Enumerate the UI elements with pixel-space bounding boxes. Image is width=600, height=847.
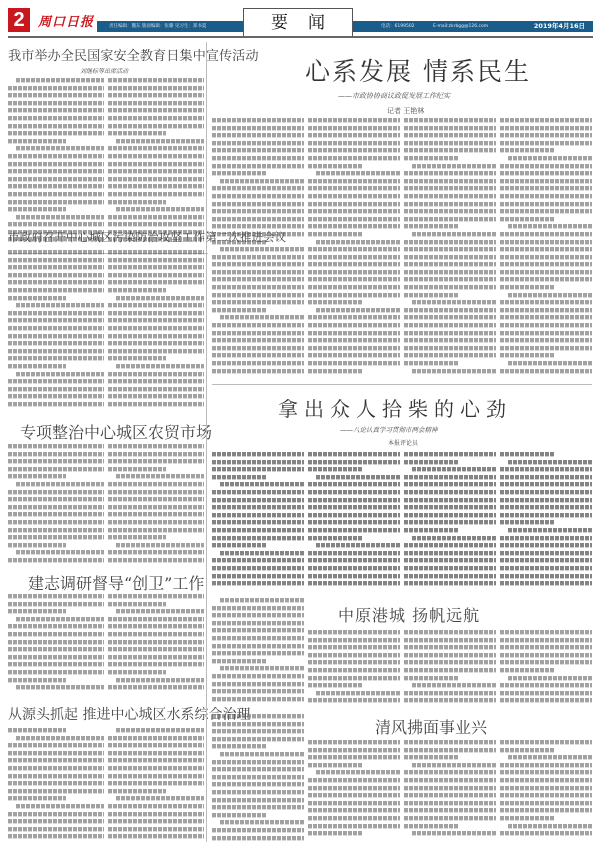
text-line [500,262,592,266]
page-number: 2 [8,8,30,32]
text-line [308,638,400,642]
text-line [500,285,555,289]
text-line [108,131,166,135]
text-line [108,482,204,486]
text-line [308,209,400,213]
text-line [212,498,304,502]
text-line [404,118,496,122]
text-line [404,323,496,327]
text-line [308,668,400,672]
text-line [500,558,592,562]
text-line [308,293,400,297]
body-column [212,118,304,380]
text-line [8,364,66,368]
text-line [212,659,267,663]
text-line [108,804,204,808]
text-line [500,566,592,570]
text-line [212,171,267,175]
text-line [404,240,496,244]
text-line [212,636,304,640]
text-line [308,824,400,828]
text-line [212,323,304,327]
text-line [108,124,204,128]
text-line [212,729,304,733]
text-line [108,192,204,196]
text-line [308,232,363,236]
text-line [8,512,104,516]
text-line [16,736,104,740]
text-line [212,606,304,610]
text-line [500,118,592,122]
text-line [500,505,592,509]
text-line [212,240,267,244]
text-line [8,200,104,204]
text-line [16,550,104,554]
text-line [404,543,496,547]
text-line [116,364,204,368]
text-line [8,318,104,322]
text-line [308,630,400,634]
text-line [500,202,592,206]
text-line [108,497,204,501]
text-line [108,280,204,284]
text-line [212,536,304,540]
text-line [108,101,204,105]
subhead: 刘继标等出席活动 [80,66,128,75]
text-line [108,258,204,262]
text-line [8,609,66,613]
text-line [308,353,400,357]
text-line [500,148,555,152]
text-line [8,602,104,606]
text-line [500,763,592,767]
text-line [8,728,66,732]
text-line [404,490,496,494]
text-line [116,609,204,613]
text-line [404,824,459,828]
body-column [404,452,496,592]
text-line [212,209,304,213]
text-line [404,653,496,657]
text-line [308,482,400,486]
text-line [404,179,496,183]
text-line [108,558,204,562]
text-line [108,594,204,598]
text-line [412,300,496,304]
text-line [212,621,304,625]
text-line [108,349,204,353]
text-line [308,300,363,304]
text-line [212,697,304,701]
text-line [108,250,204,254]
subhead: ——市政协协商议政促发展工作纪实 [338,91,450,101]
text-line [404,346,496,350]
text-line [212,828,304,832]
text-line [8,258,104,262]
body-column [500,452,592,592]
text-line [308,581,400,585]
text-line [308,315,400,319]
text-line [404,224,459,228]
text-line [8,154,104,158]
text-line [108,169,204,173]
text-line [308,133,400,137]
text-line [500,255,592,259]
text-line [108,789,166,793]
text-line [500,691,592,695]
text-line [108,387,204,391]
text-line [8,827,104,831]
text-line [116,139,204,143]
text-line [404,262,496,266]
text-line [308,255,400,259]
text-line [8,670,104,674]
text-line [308,653,400,657]
text-line [308,369,363,373]
text-line [308,645,400,649]
text-line [308,566,400,570]
text-line [508,361,592,365]
text-line [212,798,304,802]
text-line [500,308,592,312]
text-line [308,740,400,744]
text-line [108,459,204,463]
text-line [500,645,592,649]
text-line [404,217,496,221]
text-line [308,831,363,835]
text-line [212,674,304,678]
text-line [8,459,104,463]
text-line [8,139,66,143]
text-line [308,698,400,702]
text-line [212,558,304,562]
text-line [500,338,592,342]
text-line [8,356,104,360]
text-line [108,379,204,383]
text-line [500,171,592,175]
text-line [8,116,104,120]
text-line [500,748,555,752]
text-line [108,146,204,150]
text-line [8,505,104,509]
column-divider [206,42,207,842]
text-line [212,331,304,335]
text-line [108,86,204,90]
text-line [8,192,104,196]
text-line [404,156,459,160]
byline: 本报评论员 [388,438,418,447]
text-line [212,346,304,350]
text-line [8,379,104,383]
text-line [8,474,66,478]
text-line [212,338,304,342]
text-line [308,748,400,752]
text-line [8,131,104,135]
text-line [412,232,496,236]
text-line [404,660,496,664]
text-line [8,250,104,254]
body-column [500,630,592,710]
text-line [8,280,104,284]
text-line [8,162,104,166]
byline: 记者 王艳林 [387,106,424,116]
text-line [8,490,104,494]
text-line [500,668,555,672]
text-line [108,743,204,747]
text-line [108,662,204,666]
text-line [212,293,304,297]
text-line [8,124,104,128]
text-line [16,78,104,82]
text-line [8,169,104,173]
text-line [308,513,400,517]
text-line [508,293,592,297]
text-line [500,194,592,198]
text-line [16,303,104,307]
text-line [212,285,304,289]
text-line [500,498,592,502]
text-line [500,660,592,664]
text-line [308,202,400,206]
paper-logo: 周口日报 [38,11,94,30]
text-line [404,148,496,152]
text-line [308,346,400,350]
text-line [404,581,496,585]
text-line [308,156,400,160]
text-line [404,676,459,680]
text-line [108,834,204,838]
text-line [8,265,104,269]
text-line [220,315,304,319]
text-line [308,558,400,562]
text-line [108,356,166,360]
text-line [108,528,204,532]
text-line [8,758,104,762]
text-line [404,630,496,634]
text-line [212,790,304,794]
text-line [404,808,496,812]
text-line [8,558,104,562]
text-line [316,240,400,244]
text-line [108,632,204,636]
text-line [8,207,66,211]
text-line [8,497,104,501]
text-line [116,207,204,211]
text-line [500,513,592,517]
text-line [404,786,496,790]
text-line [500,801,592,805]
text-line [308,676,400,680]
text-line [500,232,592,236]
text-line [500,133,592,137]
text-line [212,574,304,578]
text-line [212,141,304,145]
text-line [8,402,104,406]
text-line [8,774,104,778]
text-line [212,262,304,266]
text-line [500,270,592,274]
text-line [212,224,304,228]
headline: 专项整治中心城区农贸市场 [20,420,212,443]
text-line [108,341,204,345]
text-line [404,270,496,274]
text-line [500,490,592,494]
text-line [220,482,304,486]
text-line [308,574,400,578]
text-line [404,285,496,289]
text-line [212,760,304,764]
text-line [212,217,304,221]
text-line [308,467,363,471]
text-line [500,543,592,547]
text-line [308,551,400,555]
text-line [500,740,592,744]
text-line [412,369,496,373]
text-line [500,778,592,782]
text-line [500,638,592,642]
text-line [108,200,166,204]
subhead: ——八论认真学习贯彻市两会精神 [340,425,438,434]
text-line [108,222,204,226]
text-line [212,490,304,494]
text-line [308,763,363,767]
text-line [8,819,104,823]
text-line [412,467,496,471]
text-line [8,751,104,755]
text-line [8,781,104,785]
text-line [116,678,204,682]
text-line [308,338,400,342]
text-line [508,528,592,532]
text-line [404,566,496,570]
text-line [212,651,304,655]
text-line [8,535,104,539]
text-line [8,640,104,644]
text-line [108,490,204,494]
text-line [308,528,400,532]
text-line [308,683,363,687]
text-line [404,638,496,642]
text-line [8,647,104,651]
text-line [212,682,304,686]
body-column [212,714,304,844]
text-line [404,770,496,774]
section-title: 要闻 [243,8,353,36]
text-line [16,146,104,150]
text-line [308,755,400,759]
text-line [308,164,363,168]
text-line [308,452,400,456]
text-line [16,482,104,486]
text-line [212,775,304,779]
text-line [108,467,166,471]
text-line [108,535,166,539]
headline: 中原港城 扬帆远航 [338,603,480,626]
contact-bar: 电话：6199502 E-mail:zkrbgg@126.com 2019年4月… [353,21,593,32]
text-line [8,296,66,300]
text-line [8,273,104,277]
text-line [500,141,592,145]
body-column [108,250,204,416]
text-line [508,460,592,464]
text-line [212,126,304,130]
text-line [108,326,204,330]
masthead: 2 周口日报 责任编辑：魏东 版面编辑：张璐 见习生：郑书夏 要闻 电话：619… [0,0,600,40]
text-line [404,460,459,464]
body-column [108,78,204,248]
text-line [108,624,204,628]
headline: 我市举办全民国家安全教育日集中宣传活动 [8,45,259,64]
text-line [108,444,204,448]
text-line [404,308,496,312]
text-line [220,551,304,555]
body-column [108,444,204,568]
text-line [404,331,496,335]
text-line [108,311,204,315]
text-line [108,758,204,762]
text-line [404,277,496,281]
text-line [308,323,400,327]
text-line [212,520,304,524]
text-line [500,653,592,657]
text-line [116,474,204,478]
text-line [8,177,104,181]
text-line [108,670,166,674]
text-line [212,194,304,198]
text-line [508,156,592,160]
text-line [220,820,304,824]
body-column [8,250,104,416]
text-line [500,346,592,350]
text-line [500,126,592,130]
text-line [404,141,496,145]
text-line [212,361,304,365]
text-line [404,482,496,486]
text-line [108,303,204,307]
text-line [212,722,304,726]
text-line [108,288,166,292]
text-line [16,617,104,621]
text-line [8,789,104,793]
text-line [108,827,204,831]
text-line [308,270,400,274]
text-line [308,490,400,494]
text-line [116,296,204,300]
text-line [212,744,267,748]
text-line [212,581,304,585]
text-line [308,118,400,122]
body-column [8,728,104,843]
text-line [212,813,267,817]
text-line [404,209,496,213]
text-line [108,154,204,158]
text-line [108,766,204,770]
text-line [212,528,304,532]
text-line [308,361,400,365]
text-line [212,353,304,357]
text-line [500,353,555,357]
text-line [404,551,496,555]
text-line [8,86,104,90]
text-line [500,315,592,319]
text-line [108,550,204,554]
headline: 清风拂面事业兴 [375,715,487,738]
text-line [308,331,400,335]
text-line [212,467,304,471]
body-column [404,630,496,710]
text-line [212,543,267,547]
text-line [500,369,592,373]
